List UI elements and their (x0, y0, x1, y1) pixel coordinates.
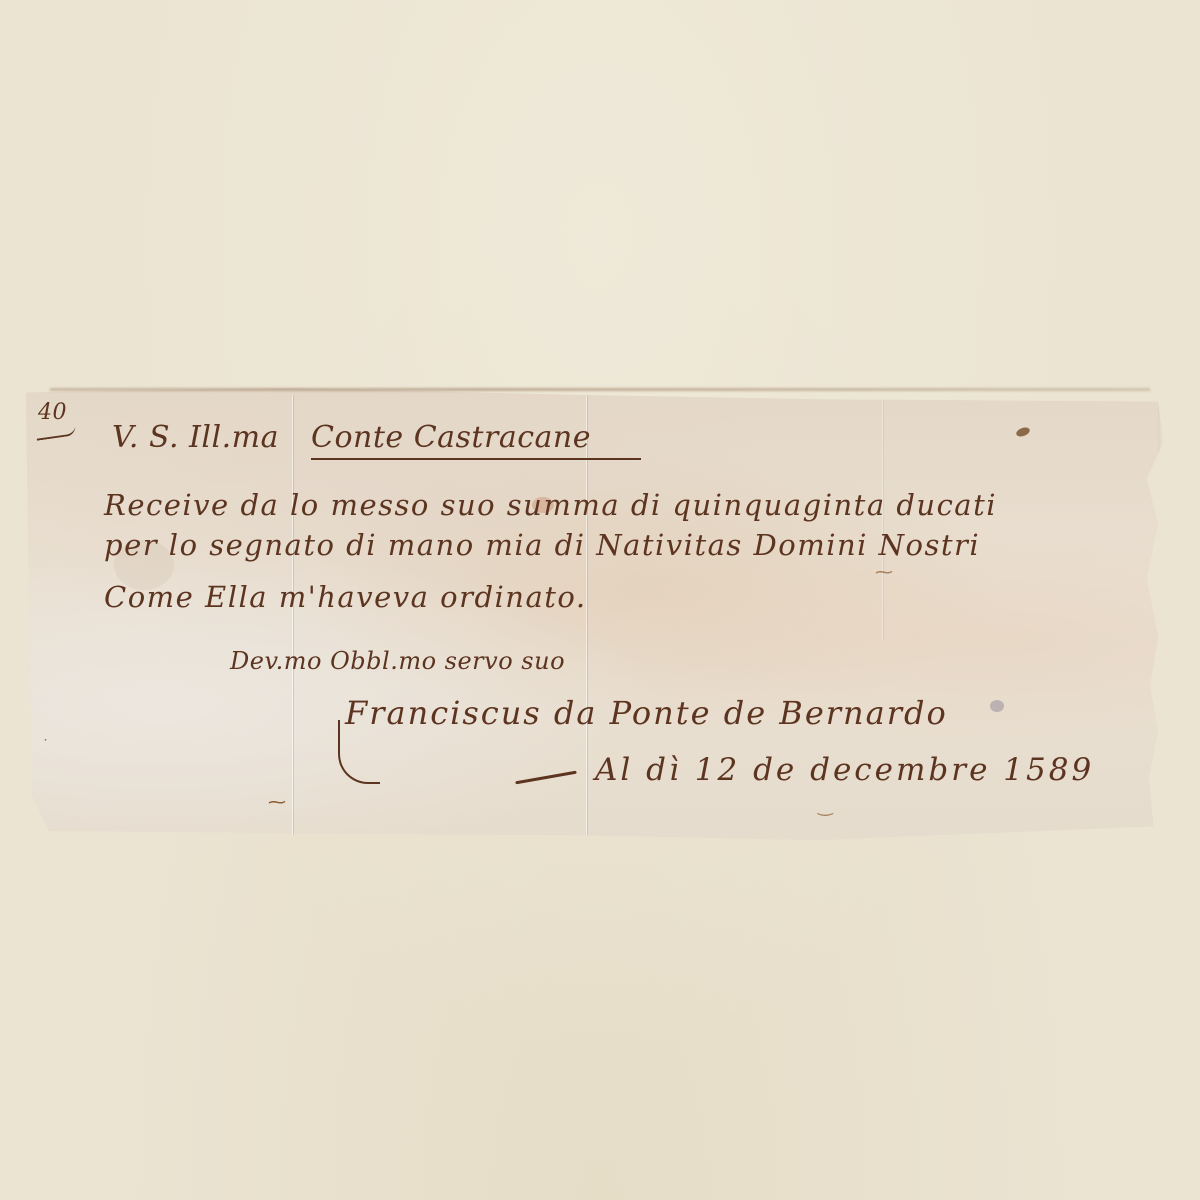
salutation: V. S. Ill.ma Conte Castracane (112, 420, 641, 455)
closing-formula: Dev.mo Obbl.mo servo suo (230, 647, 565, 675)
body-line-1: Receive da lo messo suo summa di quinqua… (104, 488, 997, 522)
salutation-honorific: V. S. Ill.ma (112, 420, 279, 455)
fold-line (292, 395, 293, 835)
ink-mark: ˙ (42, 738, 49, 754)
fold-line (586, 395, 587, 835)
signature: Franciscus da Ponte de Bernardo (345, 694, 948, 732)
folio-number: 40 (38, 400, 67, 425)
seal-remnant-mark: ⁓ (875, 562, 893, 583)
body-line-3: Come Ella m'haveva ordinato. (104, 580, 587, 614)
paper-top-edge (50, 388, 1150, 391)
salutation-addressee: Conte Castracane (311, 420, 641, 460)
seal-remnant-mark: ‿ (818, 796, 832, 817)
ink-stain (990, 700, 1004, 712)
date-line: Al dì 12 de decembre 1589 (595, 752, 1094, 788)
body-line-2: per lo segnato di mano mia di Nativitas … (104, 528, 980, 562)
seal-remnant-mark: ⁓ (268, 792, 286, 813)
